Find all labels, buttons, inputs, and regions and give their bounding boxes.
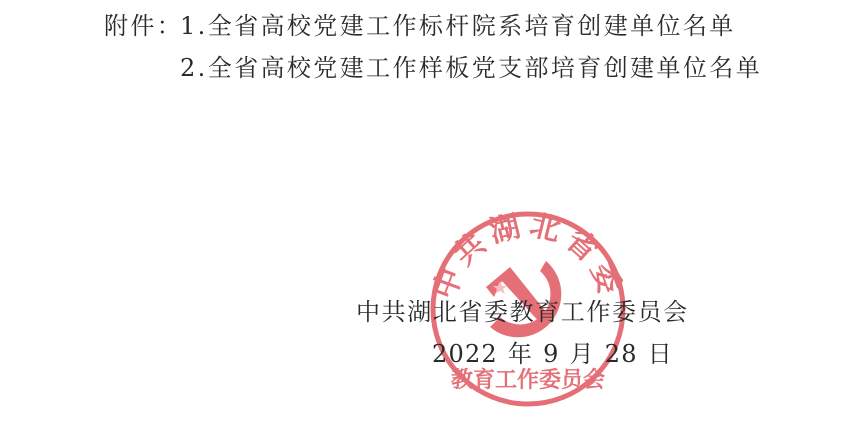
date-month-unit: 月 bbox=[570, 340, 595, 368]
date-day-unit: 日 bbox=[648, 340, 673, 368]
date-year: 2022 bbox=[432, 340, 498, 368]
issue-date: 2022年9月28日 bbox=[432, 340, 683, 368]
seal-bottom-text: 教育工作委员会 bbox=[451, 367, 605, 393]
attachment-item-1: 1.全省高校党建工作标杆院系培育创建单位名单 bbox=[180, 12, 736, 40]
attachments-label: 附件： bbox=[104, 12, 183, 40]
date-month: 9 bbox=[543, 340, 559, 368]
attachment-item-2: 2.全省高校党建工作样板党支部培育创建单位名单 bbox=[180, 54, 762, 82]
date-year-unit: 年 bbox=[508, 340, 533, 368]
date-day: 28 bbox=[605, 340, 638, 368]
issuing-organization: 中共湖北省委教育工作委员会 bbox=[356, 298, 689, 326]
